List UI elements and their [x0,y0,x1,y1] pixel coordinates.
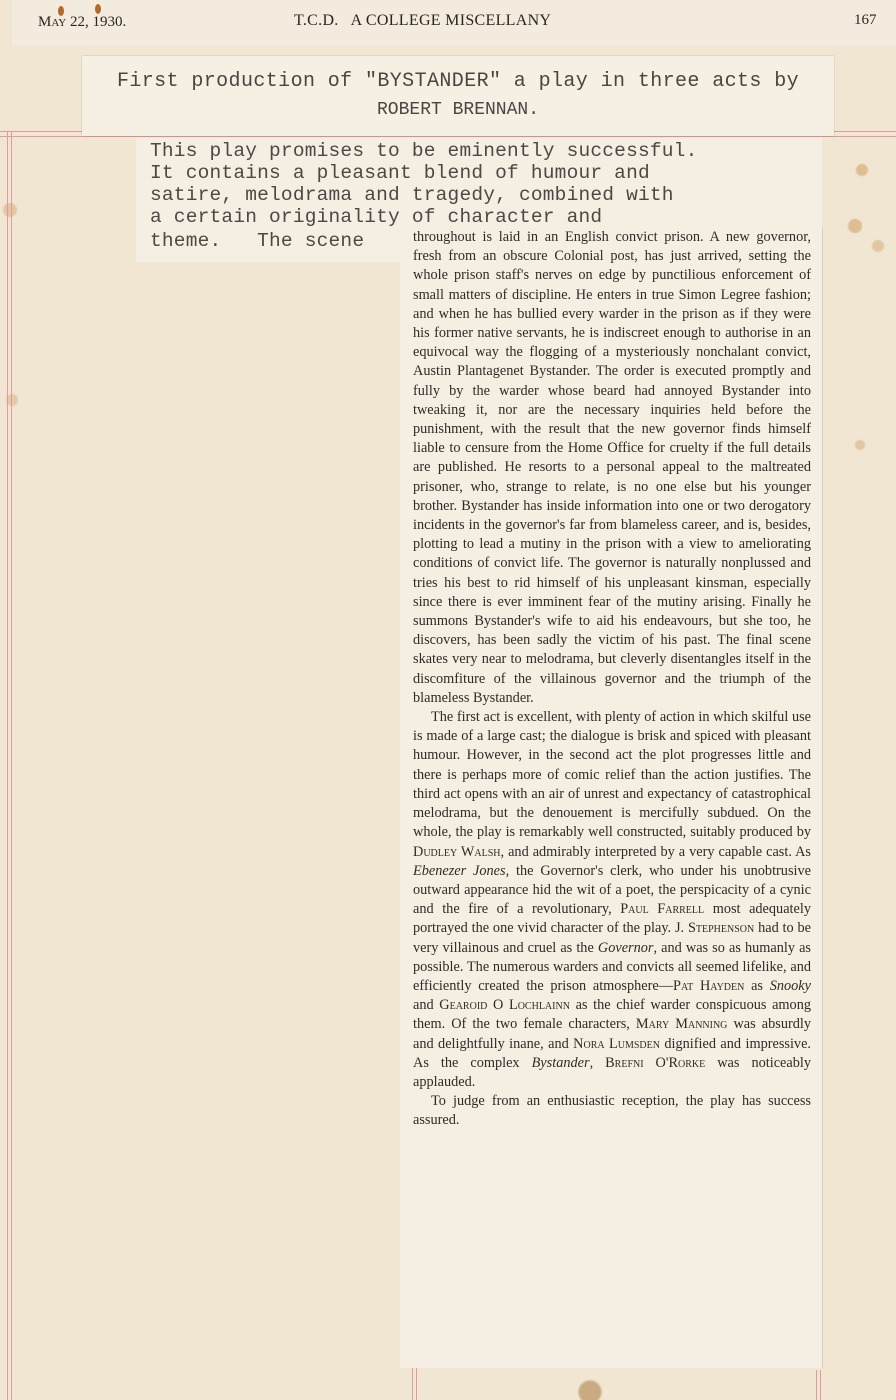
author-line: ROBERT BRENNAN. [82,100,834,120]
text-run: as [744,978,769,994]
review-paragraph: To judge from an enthusiastic reception,… [413,1092,811,1130]
review-paragraph: The first act is excellent, with plenty … [413,708,811,1092]
typed-line: theme. The scene [150,230,364,252]
person-name: Pat Hayden [673,978,744,994]
person-name: Stephenson [688,920,754,936]
text-run: , [590,1055,606,1071]
person-name: Gearoid O Lochlainn [439,997,570,1013]
typed-line: This play promises to be eminently succe… [150,140,698,162]
person-name: Mary Manning [636,1016,727,1032]
typed-line: a certain originality of character and [150,206,602,228]
title-clipping: First production of "BYSTANDER" a play i… [82,56,834,136]
review-body: throughout is laid in an English convict… [413,228,811,1131]
typed-line: It contains a pleasant blend of humour a… [150,162,650,184]
role-name: Snooky [770,978,811,994]
title-line: First production of "BYSTANDER" a play i… [82,70,834,93]
role-name: Governor [598,940,654,956]
person-name: Brefni O'Rorke [605,1055,705,1071]
ink-stain [95,4,101,14]
page-header: May 22, 1930. T.C.D. A COLLEGE MISCELLAN… [12,0,896,46]
text-run: The first act is excellent, with plenty … [413,709,811,840]
review-clipping: throughout is laid in an English convict… [400,228,823,1368]
text-run: and [413,997,439,1013]
typed-line: satire, melodrama and tragedy, combined … [150,184,674,206]
margin-rule-vertical [7,131,12,1400]
person-name: Paul Farrell [620,901,704,917]
ink-stain [58,6,64,16]
header-publication: T.C.D. A COLLEGE MISCELLANY [294,12,551,30]
role-name: Ebenezer Jones [413,863,506,879]
person-name: Dudley Walsh [413,844,501,860]
person-name: Nora Lumsden [573,1036,660,1052]
header-date: May 22, 1930. [38,14,126,31]
review-paragraph: throughout is laid in an English convict… [413,228,811,708]
text-run: To judge from an enthusiastic reception,… [413,1093,811,1128]
margin-rule-vertical [816,1370,821,1400]
text-run: , and admirably interpreted by a very ca… [501,844,811,860]
text-run: throughout is laid in an English convict… [413,229,811,706]
role-name: Bystander [532,1055,590,1071]
header-page-number: 167 [854,12,877,29]
